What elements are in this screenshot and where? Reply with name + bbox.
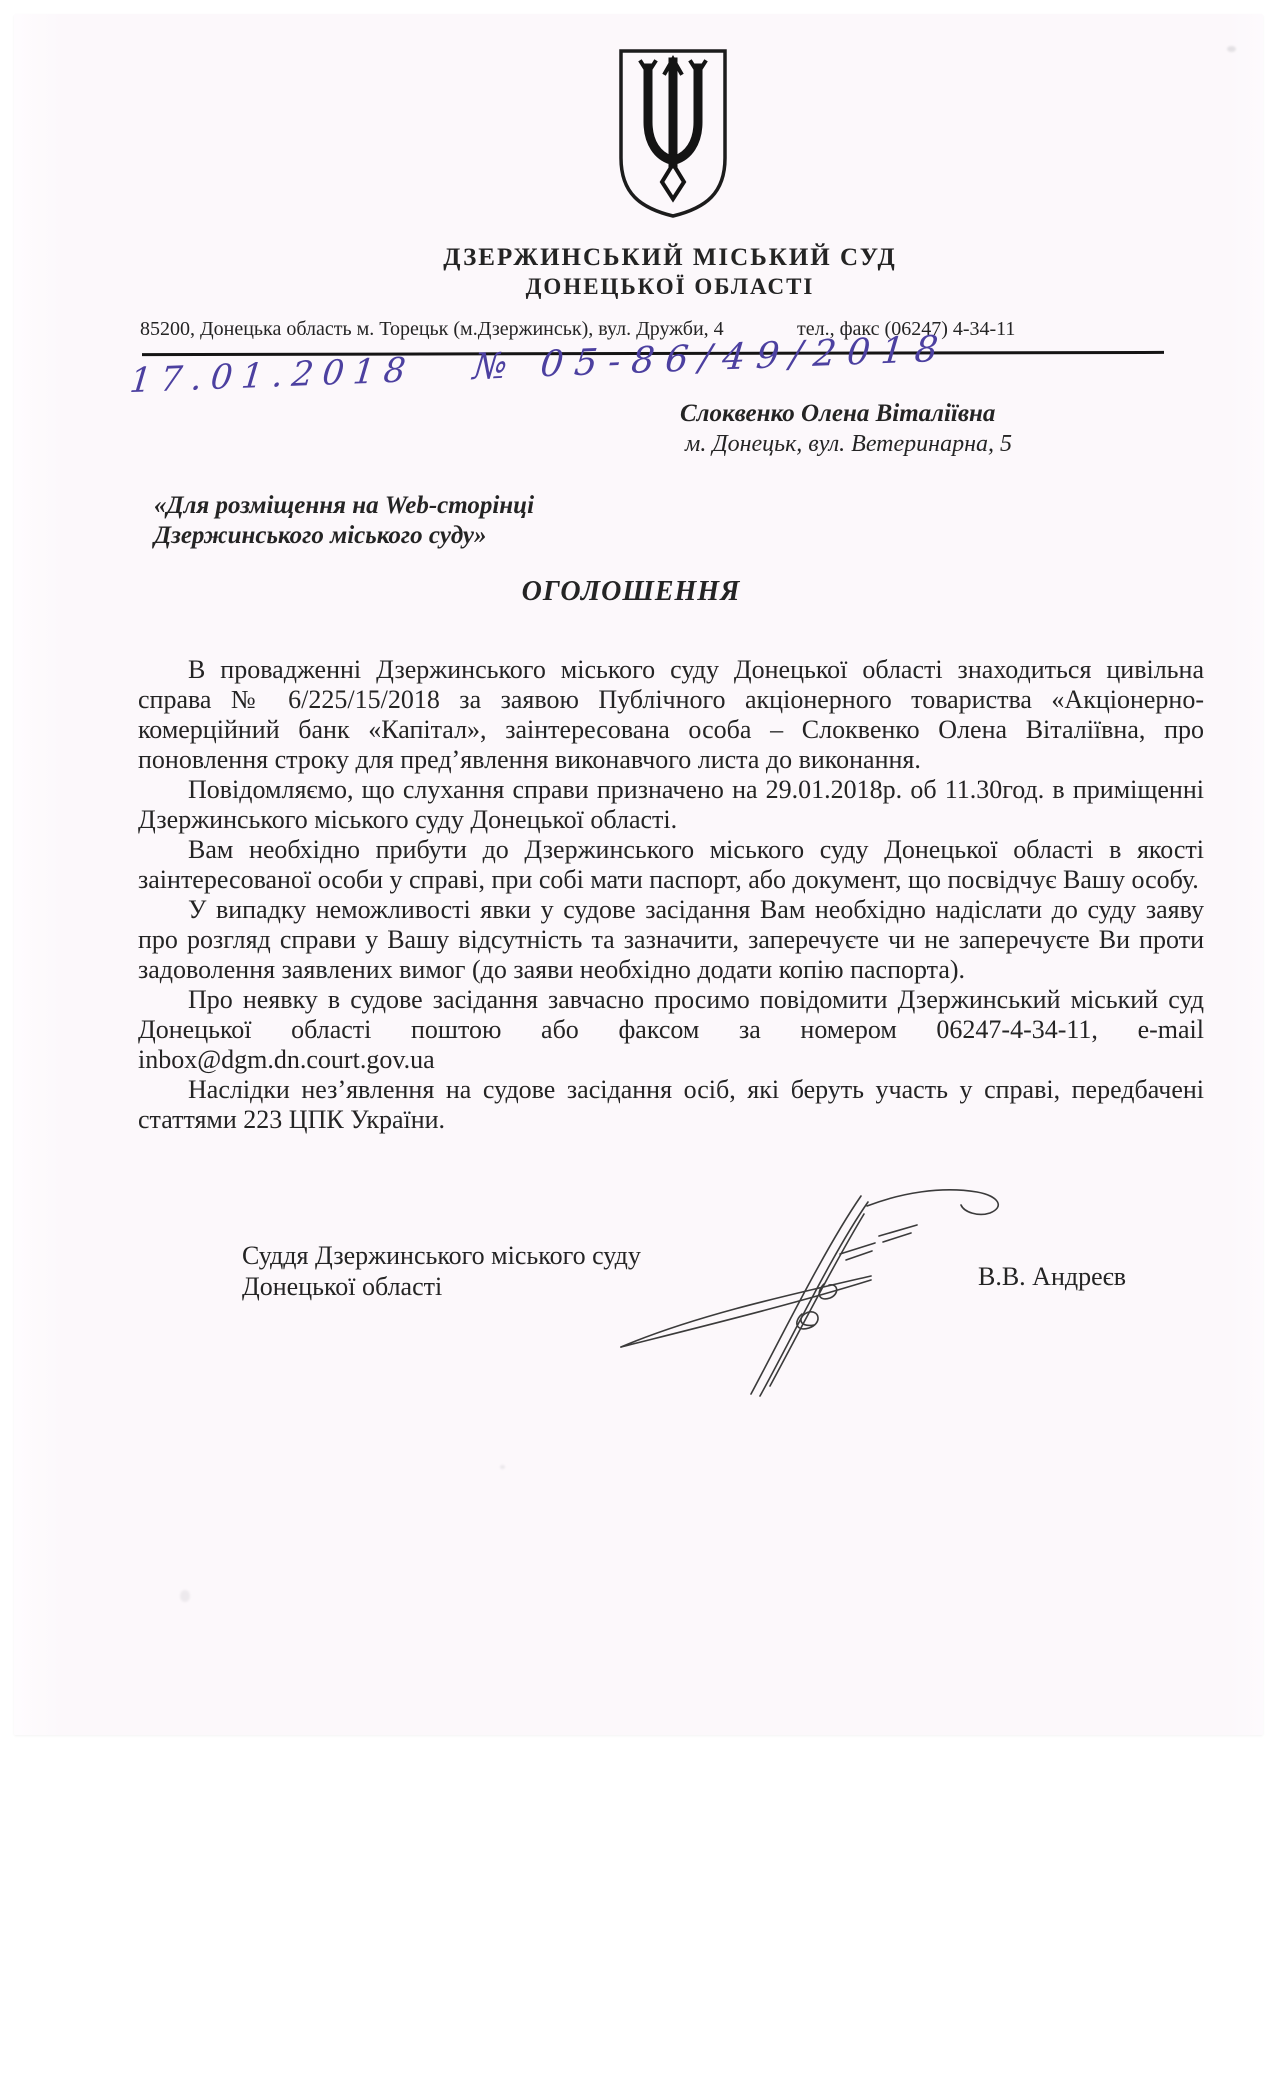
web-note-line2: Дзержинського міського суду» [154, 521, 534, 551]
court-address: 85200, Донецька область м. Торецьк (м.Дз… [140, 318, 724, 341]
judge-signature-icon [609, 1182, 1039, 1397]
body-paragraph: В провадженні Дзержинського міського суд… [138, 655, 1204, 775]
judge-position-line1: Суддя Дзержинського міського суду [242, 1240, 641, 1271]
body-paragraph: Про неявку в судове засідання завчасно п… [138, 985, 1204, 1075]
body-paragraph: У випадку неможливості явки у судове зас… [138, 895, 1204, 985]
web-note-line1: «Для розміщення на Web-сторінці [154, 491, 534, 521]
judge-position: Суддя Дзержинського міського суду Донець… [242, 1240, 641, 1302]
court-name-line2: ДОНЕЦЬКОЇ ОБЛАСТІ [320, 274, 1020, 300]
scan-speck [500, 1465, 505, 1469]
judge-name: В.В. Андреєв [978, 1262, 1126, 1292]
court-name-line1: ДЗЕРЖИНСЬКИЙ МІСЬКИЙ СУД [320, 244, 1020, 272]
ukraine-trident-emblem-icon [614, 46, 732, 220]
body-paragraph: Наслідки нез’явлення на судове засідання… [138, 1075, 1204, 1135]
body-paragraph: Повідомляємо, що слухання справи признач… [138, 775, 1204, 835]
announcement-title: ОГОЛОШЕННЯ [14, 576, 1248, 608]
scan-speck [1227, 46, 1236, 52]
handwritten-date: 17.01.2018 [128, 350, 417, 401]
scan-speck [180, 1590, 190, 1602]
addressee-name: Слоквенко Олена Віталіївна [680, 400, 995, 428]
judge-position-line2: Донецької області [242, 1271, 641, 1302]
letter-body: В провадженні Дзержинського міського суд… [138, 655, 1204, 1135]
scanned-letter: ДЗЕРЖИНСЬКИЙ МІСЬКИЙ СУД ДОНЕЦЬКОЇ ОБЛАС… [0, 0, 1275, 2100]
body-paragraph: Вам необхідно прибути до Дзержинського м… [138, 835, 1204, 895]
web-placement-note: «Для розміщення на Web-сторінці Дзержинс… [154, 491, 534, 551]
addressee-address: м. Донецьк, вул. Ветеринарна, 5 [685, 431, 1012, 458]
scan-page: ДЗЕРЖИНСЬКИЙ МІСЬКИЙ СУД ДОНЕЦЬКОЇ ОБЛАС… [14, 14, 1263, 1735]
